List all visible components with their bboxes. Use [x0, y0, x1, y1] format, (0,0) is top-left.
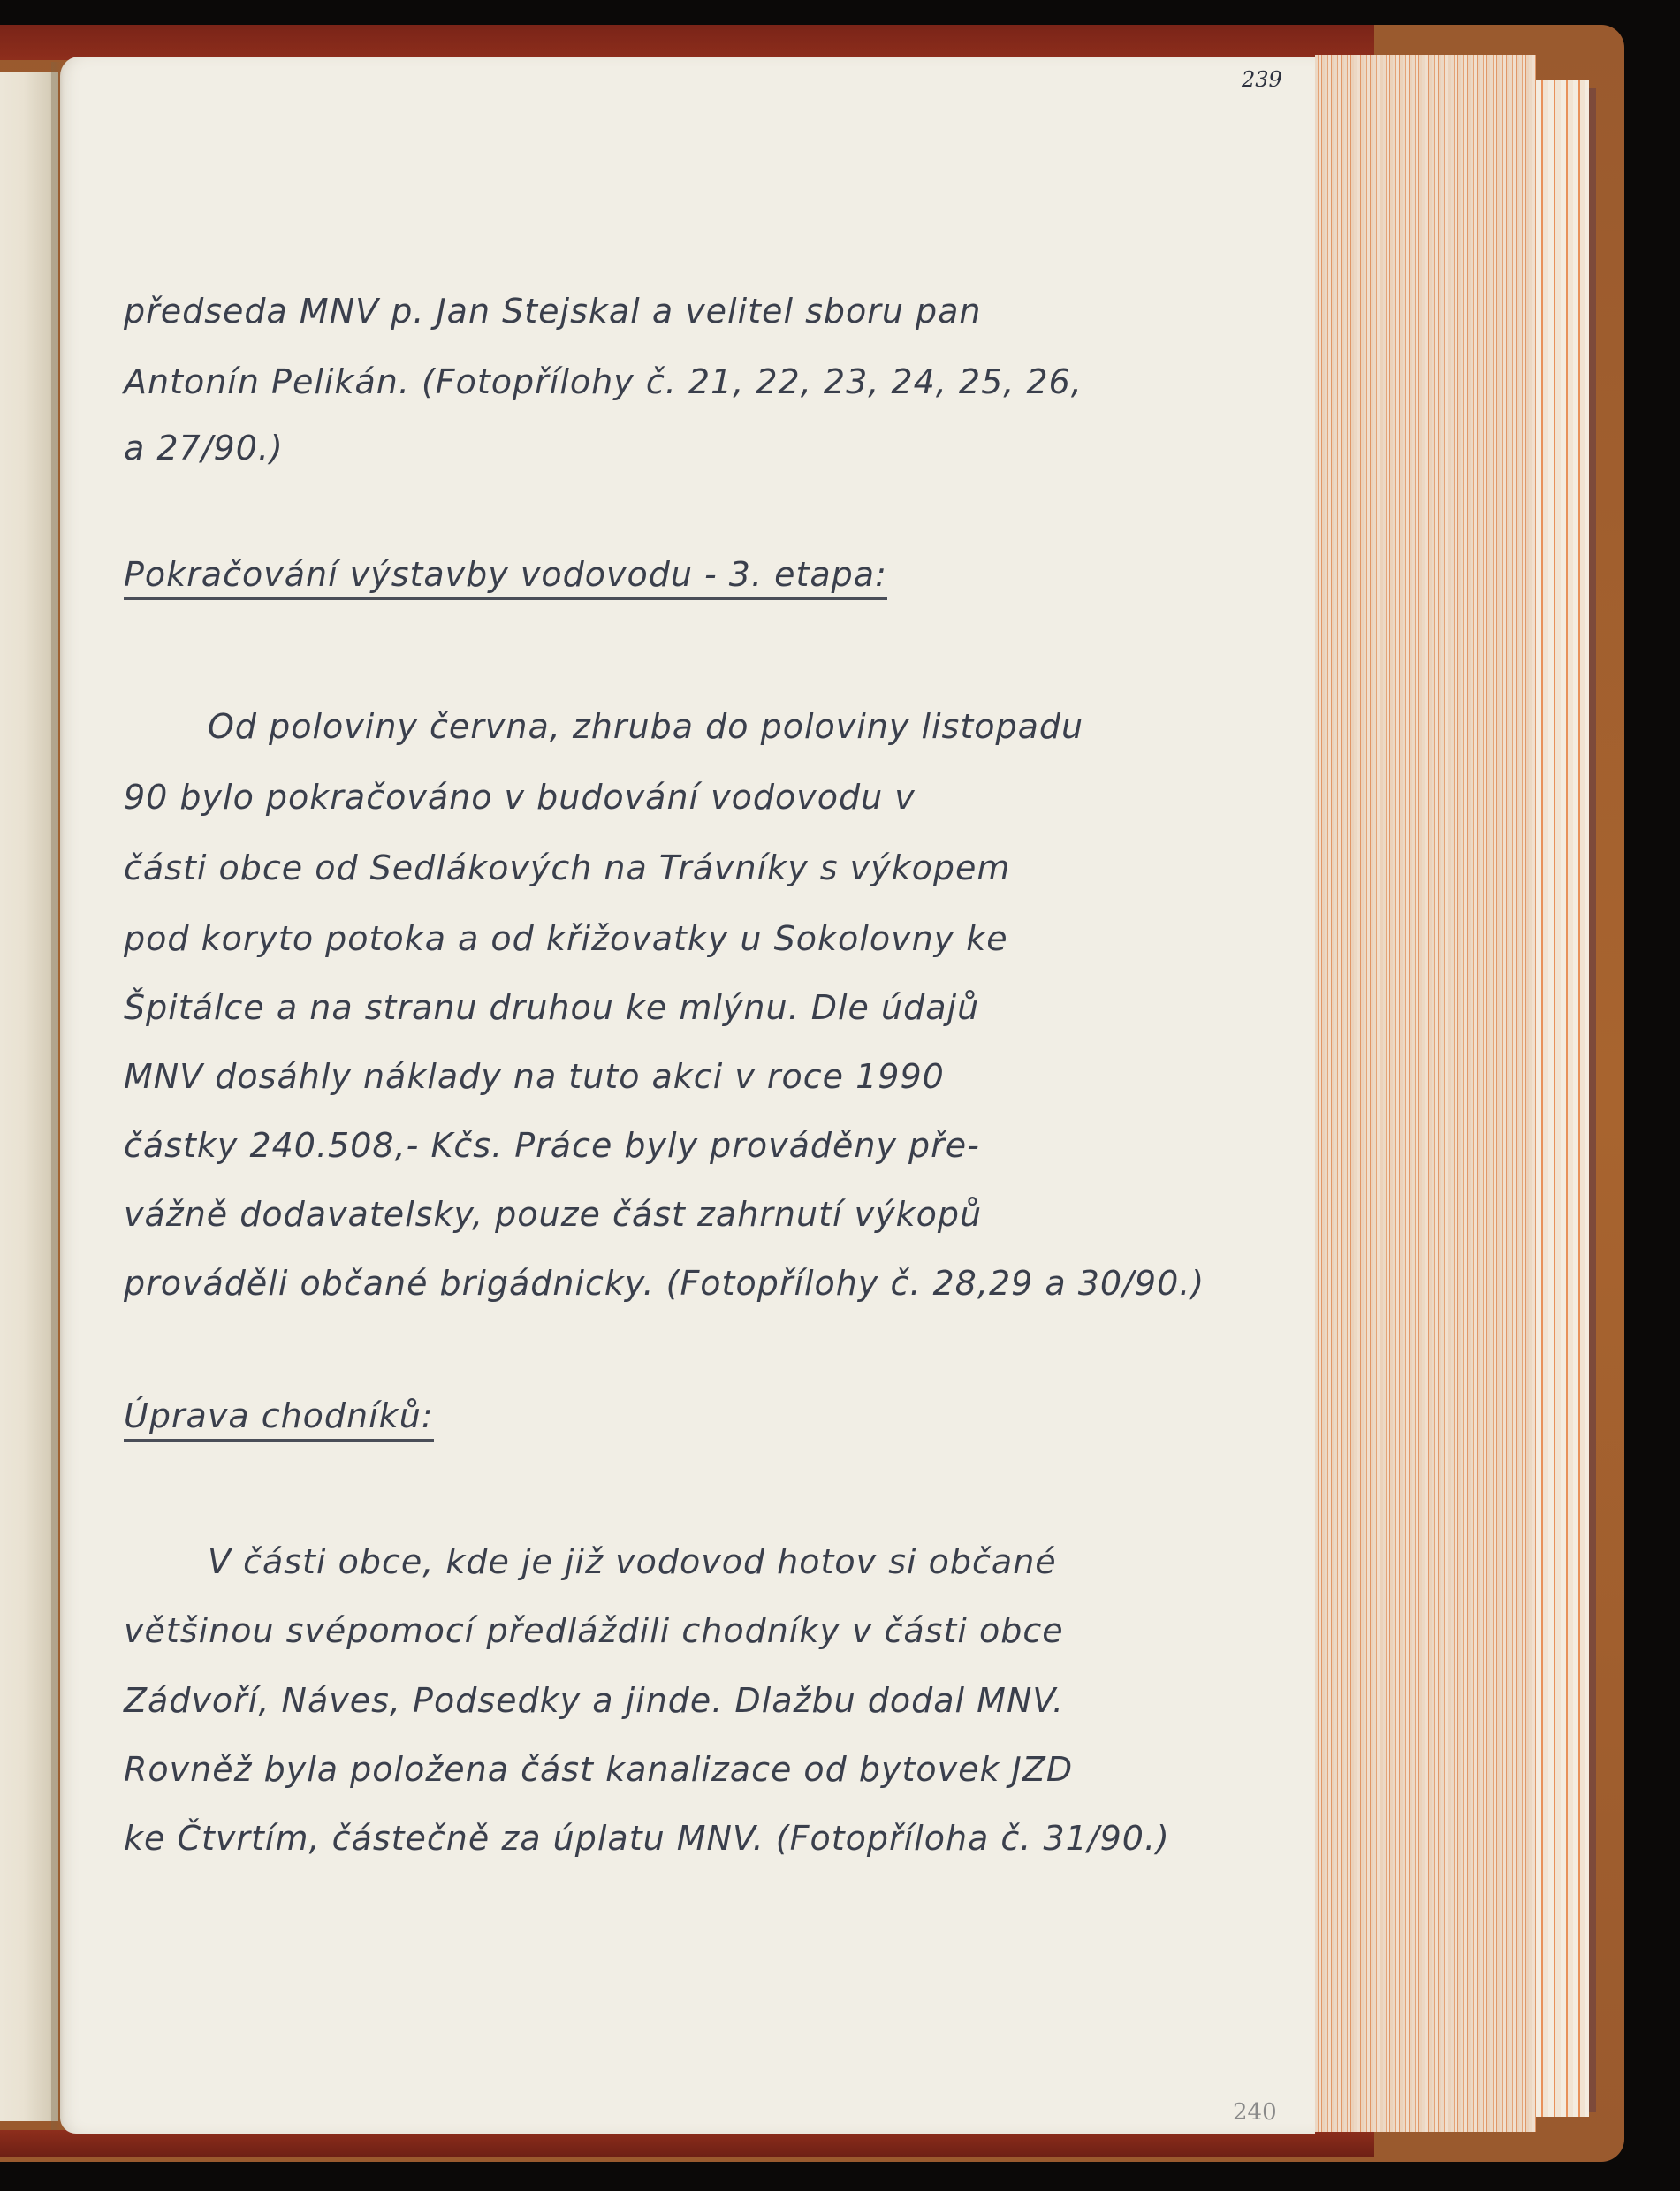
gutter-shadow	[51, 62, 64, 2130]
sidewalks-line: většinou svépomocí předláždili chodníky …	[124, 1611, 1064, 1650]
previous-page-edge	[0, 72, 58, 2121]
water-line: Od poloviny června, zhruba do poloviny l…	[208, 707, 1083, 746]
intro-line: Antonín Pelikán. (Fotopřílohy č. 21, 22,…	[124, 362, 1083, 401]
water-line: vážně dodavatelsky, pouze část zahrnutí …	[124, 1195, 982, 1234]
intro-line: a 27/90.)	[124, 429, 284, 468]
page-number-bottom: 240	[1233, 2099, 1277, 2126]
sidewalks-line: ke Čtvrtím, částečně za úplatu MNV. (Fot…	[124, 1819, 1170, 1858]
cover-inner-edge	[1589, 88, 1596, 2112]
page-fore-edges-outer	[1536, 80, 1589, 2117]
water-line: částky 240.508,- Kčs. Práce byly provádě…	[124, 1126, 980, 1165]
sidewalks-line: Rovněž byla položena část kanalizace od …	[124, 1750, 1073, 1789]
water-line: části obce od Sedlákových na Trávníky s …	[124, 848, 1010, 887]
water-line: prováděli občané brigádnicky. (Fotopřílo…	[124, 1264, 1205, 1303]
section-heading-sidewalks: Úprava chodníků:	[124, 1396, 434, 1442]
water-line: pod koryto potoka a od křižovatky u Soko…	[124, 919, 1008, 958]
page-fore-edges	[1315, 55, 1536, 2132]
sidewalks-line: V části obce, kde je již vodovod hotov s…	[208, 1542, 1057, 1581]
water-line: 90 bylo pokračováno v budování vodovodu …	[124, 778, 916, 817]
intro-line: předseda MNV p. Jan Stejskal a velitel s…	[124, 292, 982, 331]
book-spine-top	[0, 25, 1374, 60]
sidewalks-line: Zádvoří, Náves, Podsedky a jinde. Dlažbu…	[124, 1681, 1064, 1720]
section-heading-water: Pokračování výstavby vodovodu - 3. etapa…	[124, 555, 887, 600]
book-spine-bottom	[0, 2130, 1374, 2157]
water-line: MNV dosáhly náklady na tuto akci v roce …	[124, 1057, 945, 1096]
water-line: Špitálce a na stranu druhou ke mlýnu. Dl…	[124, 988, 979, 1027]
page-number-top: 239	[1242, 67, 1282, 92]
